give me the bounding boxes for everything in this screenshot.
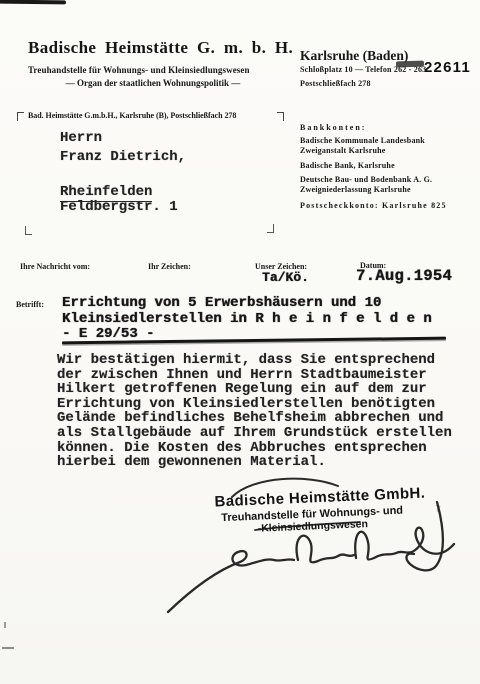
our-ref-value: Ta/Kö.	[262, 270, 309, 285]
letter-body: Wir bestätigen hiermit, dass Sie entspre…	[57, 353, 469, 470]
body-line: Wir bestätigen hiermit, dass Sie entspre…	[57, 353, 469, 368]
window-bracket-top-right	[277, 112, 284, 121]
registry-stamp-number: 22611	[424, 59, 471, 76]
body-line: Gelände befindliches Behelfsheim abbrech…	[57, 411, 469, 426]
postal-account-line: Postscheckkonto: Karlsruhe 825	[300, 201, 478, 211]
bank-line: Badische Kommunale Landesbank	[300, 136, 478, 146]
body-line: der zwischen Ihnen und Herrn Stadtbaumei…	[57, 368, 469, 383]
body-line: Hilkert getroffenen Regelung ein auf dem…	[57, 382, 469, 397]
body-line: können. Die Kosten des Abbruches entspre…	[57, 441, 469, 456]
window-bracket-top-left	[17, 112, 24, 121]
sender-return-line: Bad. Heimstätte G.m.b.H., Karlsruhe (B),…	[28, 111, 236, 120]
bank-heading: Bankkonten:	[300, 123, 478, 133]
recipient-salutation: Herrn	[60, 130, 102, 146]
subject-line: Kleinsiedlerstellen in R h e i n f e l d…	[62, 312, 462, 328]
fold-tick-mark	[4, 622, 6, 628]
date-value: 7.Aug.1954	[356, 267, 452, 285]
ink-smudge-artifact	[396, 61, 424, 68]
scan-streak-artifact	[0, 0, 66, 4]
bank-line: Badische Bank, Karlsruhe	[300, 161, 478, 171]
subject-label: Betrifft:	[16, 300, 44, 309]
po-box-line: Postschließfach 278	[300, 79, 478, 89]
fold-dash-mark	[2, 647, 14, 649]
recipient-street: Feldbergstr. 1	[60, 199, 178, 215]
window-bracket-bottom-left	[25, 226, 32, 235]
company-subtitle: Treuhandstelle für Wohnungs- und Kleinsi…	[28, 65, 290, 75]
letterhead-left: Badische Heimstätte G. m. b. H. Treuhand…	[28, 38, 290, 88]
bank-line: Deutsche Bau- und Bodenbank A. G.	[300, 175, 478, 185]
letter-page: Badische Heimstätte G. m. b. H. Treuhand…	[0, 0, 480, 684]
bank-accounts-block: Bankkonten: Badische Kommunale Landesban…	[300, 123, 478, 211]
body-line: als Stallgebäude auf Ihrem Grundstück er…	[57, 426, 469, 441]
handwritten-signature	[148, 468, 480, 618]
recipient-name: Franz Dietrich,	[60, 149, 186, 165]
subject-line: Errichtung von 5 Erwerbshäusern und 10	[62, 296, 462, 312]
bank-line: Zweiganstalt Karlsruhe	[300, 146, 478, 156]
your-message-label: Ihre Nachricht vom:	[20, 262, 90, 271]
company-motto: — Organ der staatlichen Wohnungspolitik …	[28, 78, 278, 88]
your-ref-label: Ihr Zeichen:	[148, 262, 191, 271]
bank-line: Zweigniederlassung Karlsruhe	[300, 185, 478, 195]
company-name: Badische Heimstätte G. m. b. H.	[28, 38, 290, 58]
subject-block: Errichtung von 5 Erwerbshäusern und 10 K…	[62, 296, 462, 343]
window-bracket-bottom-right	[267, 224, 274, 233]
